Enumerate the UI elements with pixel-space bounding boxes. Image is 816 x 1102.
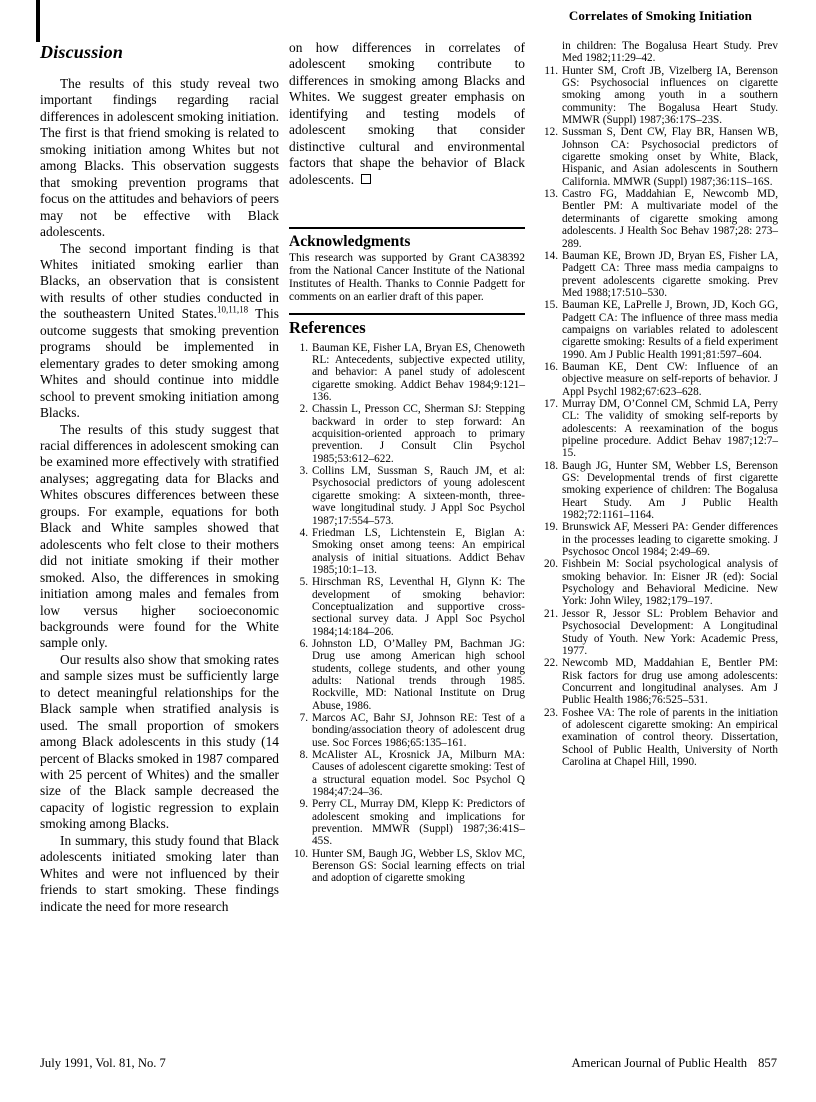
acknowledgments-text: This research was supported by Grant CA3…	[289, 252, 525, 304]
reference-text: Johnston LD, O’Malley PM, Bachman JG: Dr…	[312, 638, 525, 712]
reference-list-col2: 1. Bauman KE, Fisher LA, Bryan ES, Cheno…	[289, 342, 525, 885]
reference-item: 10. Hunter SM, Baugh JG, Webber LS, Sklo…	[289, 848, 525, 885]
reference-text: McAlister AL, Krosnick JA, Milburn MA: C…	[312, 749, 525, 798]
reference-text: Collins LM, Sussman S, Rauch JM, et al: …	[312, 465, 525, 527]
reference-text: Friedman LS, Lichtenstein E, Biglan A: S…	[312, 527, 525, 576]
article-end-icon	[361, 174, 371, 184]
reference-text: Perry CL, Murray DM, Klepp K: Predictors…	[312, 798, 525, 847]
running-head: Correlates of Smoking Initiation	[569, 8, 752, 24]
section-divider	[289, 227, 525, 229]
reference-number: 7.	[289, 712, 312, 749]
reference-item: 23. Foshee VA: The role of parents in th…	[536, 707, 778, 769]
reference-item: 17. Murray DM, O’Connel CM, Schmid LA, P…	[536, 398, 778, 460]
reference-number: 2.	[289, 403, 312, 465]
reference-item: 19. Brunswick AF, Messeri PA: Gender dif…	[536, 521, 778, 558]
reference-number: 3.	[289, 465, 312, 527]
reference-item: 14. Bauman KE, Brown JD, Bryan ES, Fishe…	[536, 250, 778, 299]
reference-item: 15. Bauman KE, LaPrelle J, Brown, JD, Ko…	[536, 299, 778, 361]
reference-text: Bauman KE, LaPrelle J, Brown, JD, Koch G…	[562, 299, 778, 361]
paragraph-text: This outcome suggests that smoking preve…	[40, 306, 279, 420]
reference-item: 4. Friedman LS, Lichtenstein E, Biglan A…	[289, 527, 525, 576]
print-edge-mark	[36, 0, 40, 42]
reference-number: 8.	[289, 749, 312, 798]
reference-number: 9.	[289, 798, 312, 847]
reference-text: Chassin L, Presson CC, Sherman SJ: Stepp…	[312, 403, 525, 465]
footer-issue-info: July 1991, Vol. 81, No. 7	[40, 1056, 166, 1071]
reference-text: Baugh JG, Hunter SM, Webber LS, Berenson…	[562, 460, 778, 522]
reference-item: 9. Perry CL, Murray DM, Klepp K: Predict…	[289, 798, 525, 847]
reference-text: Murray DM, O’Connel CM, Schmid LA, Perry…	[562, 398, 778, 460]
reference-item: 1. Bauman KE, Fisher LA, Bryan ES, Cheno…	[289, 342, 525, 404]
reference-number: 13.	[536, 188, 562, 250]
footer-journal-name: American Journal of Public Health	[572, 1056, 748, 1070]
reference-number: 12.	[536, 126, 562, 188]
reference-number: 23.	[536, 707, 562, 769]
discussion-paragraph-1: The results of this study reveal two imp…	[40, 76, 279, 241]
reference-text: Hunter SM, Croft JB, Vizelberg IA, Beren…	[562, 65, 778, 127]
reference-text: Bauman KE, Fisher LA, Bryan ES, Chenowet…	[312, 342, 525, 404]
reference-item: 5. Hirschman RS, Leventhal H, Glynn K: T…	[289, 576, 525, 638]
discussion-heading: Discussion	[40, 42, 279, 63]
reference-text: Marcos AC, Bahr SJ, Johnson RE: Test of …	[312, 712, 525, 749]
reference-10-continuation: in children: The Bogalusa Heart Study. P…	[536, 40, 778, 65]
reference-item: 13. Castro FG, Maddahian E, Newcomb MD, …	[536, 188, 778, 250]
reference-number: 15.	[536, 299, 562, 361]
discussion-paragraph-4: Our results also show that smoking rates…	[40, 652, 279, 833]
reference-number: 6.	[289, 638, 312, 712]
reference-text: Bauman KE, Brown JD, Bryan ES, Fisher LA…	[562, 250, 778, 299]
reference-number: 4.	[289, 527, 312, 576]
page-number: 857	[758, 1056, 777, 1070]
reference-text: Foshee VA: The role of parents in the in…	[562, 707, 778, 769]
reference-number: 10.	[289, 848, 312, 885]
reference-number: 17.	[536, 398, 562, 460]
reference-item: 2. Chassin L, Presson CC, Sherman SJ: St…	[289, 403, 525, 465]
footer-journal-info: American Journal of Public Health857	[572, 1056, 777, 1071]
reference-number: 22.	[536, 657, 562, 706]
reference-text: Sussman S, Dent CW, Flay BR, Hansen WB, …	[562, 126, 778, 188]
reference-number: 21.	[536, 608, 562, 657]
discussion-paragraph-5: In summary, this study found that Black …	[40, 833, 279, 915]
reference-number: 16.	[536, 361, 562, 398]
discussion-paragraph-3: The results of this study suggest that r…	[40, 422, 279, 652]
reference-text: Newcomb MD, Maddahian E, Bentler PM: Ris…	[562, 657, 778, 706]
reference-item: 21. Jessor R, Jessor SL: Problem Behavio…	[536, 608, 778, 657]
reference-item: 8. McAlister AL, Krosnick JA, Milburn MA…	[289, 749, 525, 798]
reference-text: Fishbein M: Social psychological analysi…	[562, 558, 778, 607]
column-3: in children: The Bogalusa Heart Study. P…	[536, 40, 778, 915]
reference-item: 18. Baugh JG, Hunter SM, Webber LS, Bere…	[536, 460, 778, 522]
reference-number: 5.	[289, 576, 312, 638]
reference-item: 6. Johnston LD, O’Malley PM, Bachman JG:…	[289, 638, 525, 712]
reference-item: 7. Marcos AC, Bahr SJ, Johnson RE: Test …	[289, 712, 525, 749]
reference-text: Brunswick AF, Messeri PA: Gender differe…	[562, 521, 778, 558]
reference-text: Bauman KE, Dent CW: Influence of an obje…	[562, 361, 778, 398]
discussion-paragraph-2: The second important finding is that Whi…	[40, 241, 279, 422]
column-2: on how differences in correlates of adol…	[289, 40, 525, 915]
references-heading: References	[289, 318, 525, 338]
reference-item: 11. Hunter SM, Croft JB, Vizelberg IA, B…	[536, 65, 778, 127]
reference-item: 20. Fishbein M: Social psychological ana…	[536, 558, 778, 607]
paragraph-text: on how differences in correlates of adol…	[289, 40, 525, 187]
page-footer: July 1991, Vol. 81, No. 7 American Journ…	[40, 1056, 777, 1071]
reference-number: 20.	[536, 558, 562, 607]
reference-item: 22. Newcomb MD, Maddahian E, Bentler PM:…	[536, 657, 778, 706]
reference-item: 12. Sussman S, Dent CW, Flay BR, Hansen …	[536, 126, 778, 188]
reference-number: 18.	[536, 460, 562, 522]
reference-item: 3. Collins LM, Sussman S, Rauch JM, et a…	[289, 465, 525, 527]
discussion-paragraph-6: on how differences in correlates of adol…	[289, 40, 525, 188]
reference-number: 1.	[289, 342, 312, 404]
section-divider	[289, 313, 525, 315]
reference-list-col3: 11. Hunter SM, Croft JB, Vizelberg IA, B…	[536, 65, 778, 769]
reference-item: 16. Bauman KE, Dent CW: Influence of an …	[536, 361, 778, 398]
citation-superscript: 10,11,18	[217, 305, 248, 315]
reference-number: 19.	[536, 521, 562, 558]
reference-text: Hunter SM, Baugh JG, Webber LS, Sklov MC…	[312, 848, 525, 885]
reference-text: Jessor R, Jessor SL: Problem Behavior an…	[562, 608, 778, 657]
reference-number: 14.	[536, 250, 562, 299]
acknowledgments-heading: Acknowledgments	[289, 233, 525, 251]
journal-page: Correlates of Smoking Initiation Discuss…	[0, 0, 816, 1102]
reference-text: Hirschman RS, Leventhal H, Glynn K: The …	[312, 576, 525, 638]
reference-text: Castro FG, Maddahian E, Newcomb MD, Bent…	[562, 188, 778, 250]
content-columns: Discussion The results of this study rev…	[40, 40, 778, 915]
column-1: Discussion The results of this study rev…	[40, 40, 279, 915]
reference-number: 11.	[536, 65, 562, 127]
